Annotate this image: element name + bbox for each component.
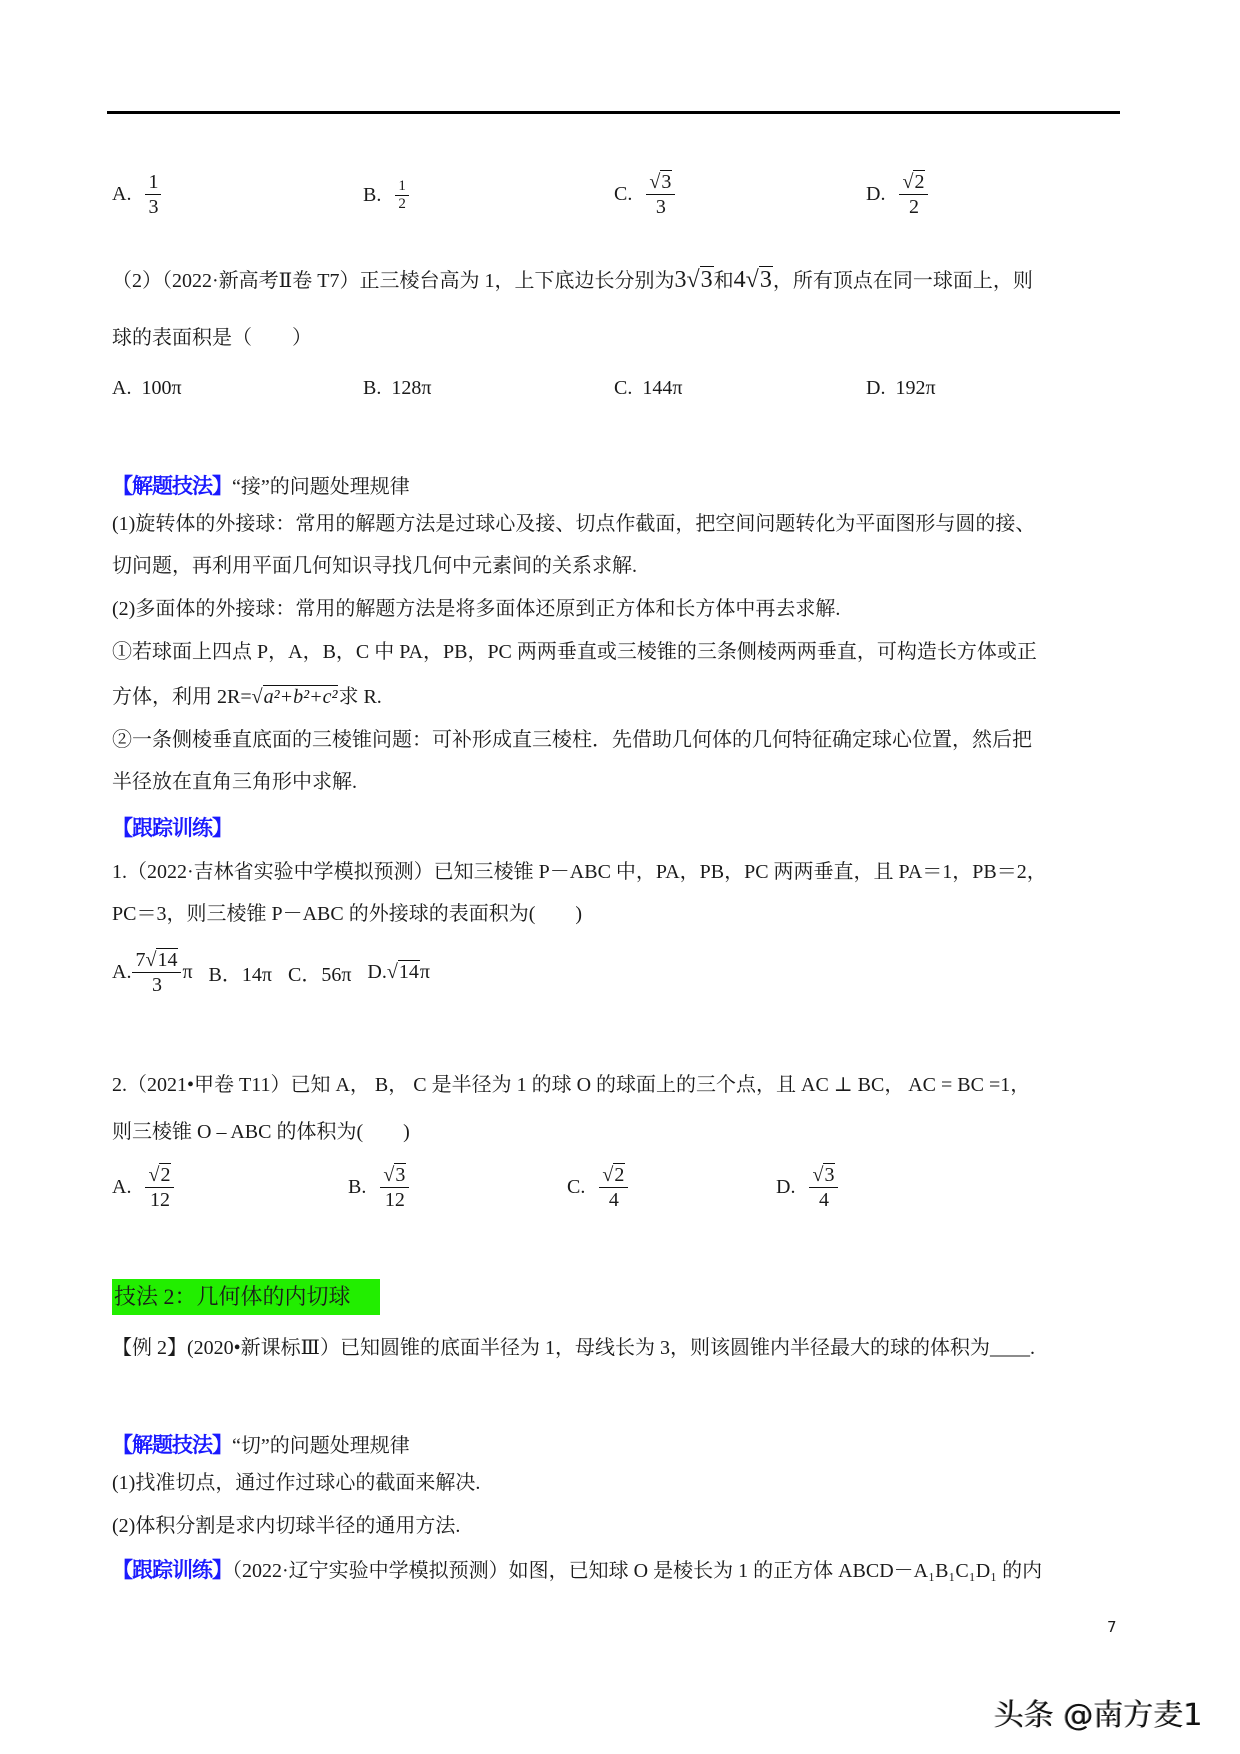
radicand: 14 — [398, 960, 420, 983]
option-b: B. 12 — [363, 178, 413, 213]
coefficient: 3 — [674, 267, 686, 293]
method-1-line: 半径放在直角三角形中求解. — [112, 770, 357, 794]
method-title: “接”的问题处理规律 — [232, 476, 410, 498]
option-value: 100π — [141, 377, 181, 399]
q2-option-c: C. 144π — [614, 376, 682, 400]
formula-prefix: 方体，利用 2R= — [112, 686, 252, 708]
conjunction: 和 — [714, 270, 734, 292]
radicand: 14 — [156, 948, 178, 971]
fraction: √33 — [646, 170, 675, 219]
option-a: A. 13 — [112, 170, 165, 219]
method-1-formula-line: 方体，利用 2R=√a²+b²+c²求 R. — [112, 685, 382, 709]
denominator: 12 — [385, 1188, 405, 1212]
option-label: B. — [363, 377, 381, 399]
method-1-line: (2)多面体的外接球：常用的解题方法是将多面体还原到正方体和长方体中再去求解. — [112, 597, 840, 621]
technique-2-heading: 技法 2：几何体的内切球 — [114, 1285, 351, 1309]
option-label: A. — [112, 183, 131, 206]
practice-1-heading: 【跟踪训练】 — [112, 812, 232, 842]
numerator: √3 — [380, 1163, 409, 1188]
q2-option-b: B. 128π — [363, 376, 431, 400]
denominator: 4 — [819, 1188, 829, 1212]
option-label: D. — [776, 1176, 795, 1199]
practice-q2-line-1: 2.（2021•甲卷 T11）已知 A， B， C 是半径为 1 的球 O 的球… — [112, 1073, 1030, 1097]
watermark: 头条 @南方麦1 — [994, 1690, 1203, 1734]
practice-tag: 【跟踪训练】 — [112, 816, 232, 840]
fraction: 13 — [145, 170, 161, 219]
denominator: 12 — [150, 1188, 170, 1212]
fraction: 7√143 — [132, 948, 181, 997]
numerator: √2 — [599, 1163, 628, 1188]
radicand: 2 — [159, 1163, 171, 1186]
radicand: 3 — [700, 266, 714, 293]
option-label: A. — [112, 377, 131, 399]
radicand: 3 — [660, 170, 672, 193]
method-1-line: ①若球面上四点 P，A，B，C 中 PA，PB，PC 两两垂直或三棱锥的三条侧棱… — [112, 640, 1037, 664]
formula-suffix: 求 R. — [338, 686, 381, 708]
question-text: （2）（2022·新高考Ⅱ卷 T7）正三棱台高为 1，上下底边长分别为 — [112, 270, 674, 292]
denominator: 3 — [152, 973, 162, 997]
fraction: √34 — [809, 1163, 838, 1212]
formula-radicand: a²+b²+c² — [263, 685, 339, 708]
fraction: √24 — [599, 1163, 628, 1212]
practice-q2-option-d: D. √34 — [776, 1163, 842, 1212]
question-text: ，所有顶点在同一球面上，则 — [773, 270, 1033, 292]
pi: π — [420, 961, 430, 984]
numerator: 1 — [395, 178, 409, 196]
practice-2-line: 【跟踪训练】（2022·辽宁实验中学模拟预测）如图，已知球 O 是棱长为 1 的… — [112, 1558, 1042, 1583]
method-title: “切”的问题处理规律 — [232, 1435, 410, 1457]
numerator: √3 — [809, 1163, 838, 1188]
radicand: 3 — [759, 266, 773, 293]
method-2-line: (2)体积分割是求内切球半径的通用方法. — [112, 1514, 460, 1538]
practice-q2-option-a: A. √212 — [112, 1163, 178, 1212]
denominator: 3 — [656, 195, 666, 219]
fraction: √312 — [380, 1163, 409, 1212]
method-1-heading: 【解题技法】“接”的问题处理规律 — [112, 474, 410, 499]
q2-option-a: A. 100π — [112, 376, 182, 400]
method-1-line: ②一条侧棱垂直底面的三棱锥问题：可补形成直三棱柱．先借助几何体的几何特征确定球心… — [112, 728, 1032, 752]
option-value: 192π — [895, 377, 935, 399]
denominator: 2 — [909, 195, 919, 219]
numerator: 7√14 — [132, 948, 181, 973]
method-tag: 【解题技法】 — [112, 1433, 232, 1457]
option-b: B．14π — [209, 958, 272, 987]
practice-text: （2022·辽宁实验中学模拟预测）如图，已知球 O 是棱长为 1 的正方体 AB… — [232, 1560, 1042, 1582]
practice-q2-line-2: 则三棱锥 O – ABC 的体积为( ) — [112, 1120, 410, 1144]
radicand: 3 — [394, 1163, 406, 1186]
coefficient: 4 — [734, 267, 746, 293]
method-1-line: 切问题，再利用平面几何知识寻找几何中元素间的关系求解. — [112, 554, 637, 578]
coefficient: 7 — [135, 949, 145, 971]
option-value: 144π — [642, 377, 682, 399]
method-1-line: (1)旋转体的外接球：常用的解题方法是过球心及接、切点作截面，把空间问题转化为平… — [112, 512, 1035, 536]
header-rule — [107, 111, 1120, 114]
option-d: D. √22 — [866, 170, 932, 219]
option-label: D. — [367, 961, 386, 984]
radicand: 3 — [823, 1163, 835, 1186]
pi: π — [182, 961, 192, 984]
practice-q2-option-b: B. √312 — [348, 1163, 413, 1212]
option-label: A. — [112, 961, 131, 984]
option-label: A. — [112, 1176, 131, 1199]
numerator: √2 — [145, 1163, 174, 1188]
practice-q1-options: A. 7√143 π B．14π C．56π D.√14π — [112, 948, 430, 997]
fraction: √212 — [145, 1163, 174, 1212]
option-label: C. — [614, 377, 632, 399]
denominator: 3 — [148, 195, 158, 219]
example-2: 【例 2】(2020•新课标Ⅲ）已知圆锥的底面半径为 1，母线长为 3，则该圆锥… — [112, 1336, 1035, 1360]
option-label: C. — [567, 1176, 585, 1199]
practice-tag: 【跟踪训练】 — [112, 1558, 232, 1582]
radicand: 2 — [613, 1163, 625, 1186]
option-label: D. — [866, 377, 885, 399]
question-2-line-2: 球的表面积是（ ） — [112, 326, 312, 350]
numerator: 1 — [145, 170, 161, 195]
method-2-line: (1)找准切点，通过作过球心的截面来解决. — [112, 1471, 480, 1495]
option-c: C. √33 — [614, 170, 679, 219]
fraction: 12 — [395, 178, 409, 213]
option-c: C．56π — [288, 958, 351, 987]
option-label: B. — [348, 1176, 366, 1199]
fraction: √22 — [899, 170, 928, 219]
radicand: 2 — [913, 170, 925, 193]
option-label: B. — [363, 184, 381, 207]
option-label: D. — [866, 183, 885, 206]
method-2-heading: 【解题技法】“切”的问题处理规律 — [112, 1433, 410, 1458]
numerator: √2 — [899, 170, 928, 195]
option-label: C. — [614, 183, 632, 206]
practice-q2-option-c: C. √24 — [567, 1163, 632, 1212]
q2-option-d: D. 192π — [866, 376, 936, 400]
page-number: 7 — [1107, 1618, 1117, 1636]
practice-q1-line-2: PC＝3，则三棱锥 P－ABC 的外接球的表面积为( ) — [112, 902, 582, 926]
option-value: 128π — [391, 377, 431, 399]
denominator: 4 — [609, 1188, 619, 1212]
method-tag: 【解题技法】 — [112, 474, 232, 498]
question-2-line-1: （2）（2022·新高考Ⅱ卷 T7）正三棱台高为 1，上下底边长分别为3√3和4… — [112, 268, 1033, 293]
practice-q1-line-1: 1.（2022·吉林省实验中学模拟预测）已知三棱锥 P－ABC 中，PA，PB，… — [112, 860, 1047, 884]
denominator: 2 — [398, 196, 406, 213]
numerator: √3 — [646, 170, 675, 195]
